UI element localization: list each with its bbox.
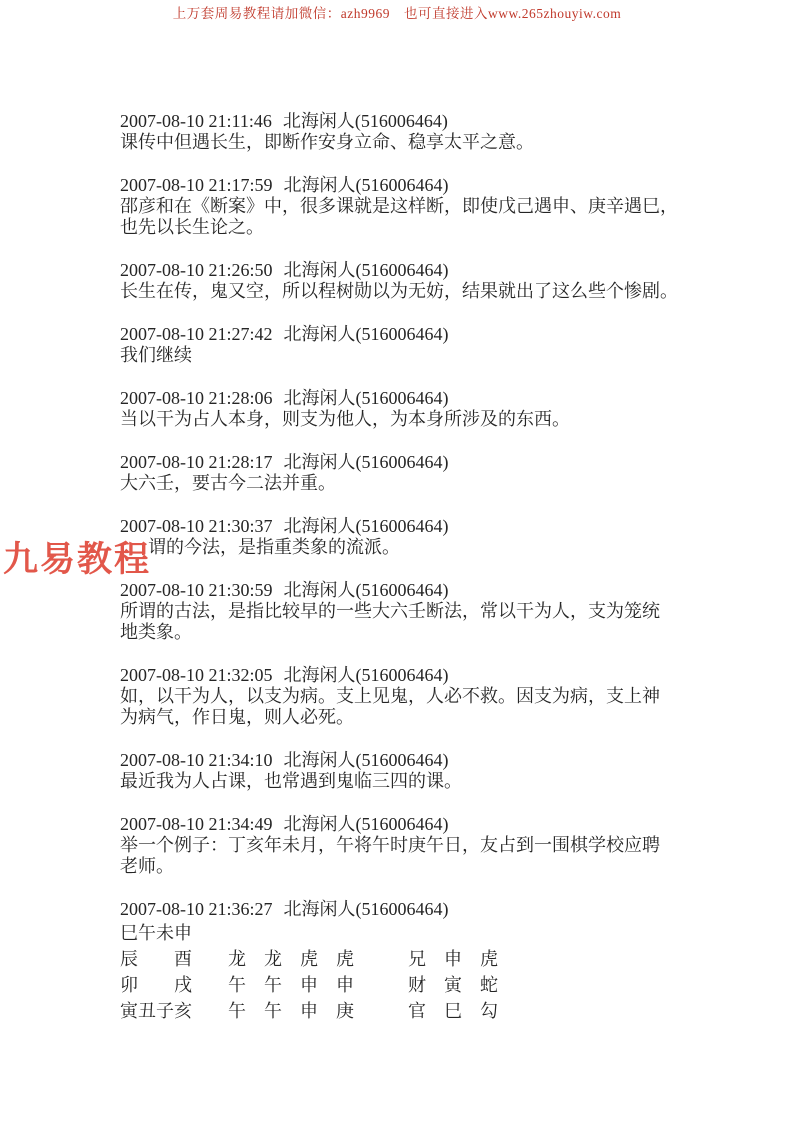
message: 2007-08-10 21:34:49北海闲人(516006464) 举一个例子… <box>120 814 705 877</box>
message-line-partially-covered: 谓的今法，是指重类象的流派。 <box>120 537 705 558</box>
message-author: 北海闲人(516006464) <box>284 260 449 280</box>
message-time: 2007-08-10 21:34:10 <box>120 750 273 770</box>
message: 2007-08-10 21:32:05北海闲人(516006464) 如，以干为… <box>120 665 705 728</box>
message: 2007-08-10 21:11:46北海闲人(516006464) 课传中但遇… <box>120 111 705 153</box>
message-line: 长生在传，鬼又空，所以程树勋以为无妨，结果就出了这么些个惨剧。 <box>120 281 705 302</box>
message-line: 老师。 <box>120 856 705 877</box>
message-time: 2007-08-10 21:30:59 <box>120 580 273 600</box>
message-line: 当以干为占人本身，则支为他人，为本身所涉及的东西。 <box>120 409 705 430</box>
promo-header-text: 上万套周易教程请加微信：azh9969 也可直接进入www.265zhouyiw… <box>0 5 794 22</box>
message: 2007-08-10 21:30:37北海闲人(516006464) 谓的今法，… <box>120 516 705 558</box>
message-time: 2007-08-10 21:11:46 <box>120 111 272 131</box>
message-header: 2007-08-10 21:30:37北海闲人(516006464) <box>120 516 705 537</box>
message-line: 也先以长生论之。 <box>120 217 705 238</box>
message-header: 2007-08-10 21:36:27北海闲人(516006464) <box>120 899 705 920</box>
message-line: 举一个例子：丁亥年未月，午将午时庚午日，友占到一围棋学校应聘 <box>120 835 705 856</box>
message-time: 2007-08-10 21:28:06 <box>120 388 273 408</box>
message-author: 北海闲人(516006464) <box>284 899 449 919</box>
message: 2007-08-10 21:27:42北海闲人(516006464) 我们继续 <box>120 324 705 366</box>
message: 2007-08-10 21:28:06北海闲人(516006464) 当以干为占… <box>120 388 705 430</box>
message-line: 大六壬，要古今二法并重。 <box>120 473 705 494</box>
liuren-chart-line: 寅丑子亥 午 午 申 庚 官 巳 勾 <box>120 998 705 1024</box>
message-time: 2007-08-10 21:32:05 <box>120 665 273 685</box>
message-time: 2007-08-10 21:17:59 <box>120 175 273 195</box>
message-header: 2007-08-10 21:27:42北海闲人(516006464) <box>120 324 705 345</box>
message-time: 2007-08-10 21:30:37 <box>120 516 273 536</box>
message: 2007-08-10 21:34:10北海闲人(516006464) 最近我为人… <box>120 750 705 792</box>
message-header: 2007-08-10 21:26:50北海闲人(516006464) <box>120 260 705 281</box>
message-author: 北海闲人(516006464) <box>284 580 449 600</box>
message: 2007-08-10 21:30:59北海闲人(516006464) 所谓的古法… <box>120 580 705 643</box>
chat-log: 2007-08-10 21:11:46北海闲人(516006464) 课传中但遇… <box>120 111 705 1046</box>
message-header: 2007-08-10 21:11:46北海闲人(516006464) <box>120 111 705 132</box>
liuren-chart-line: 巳午未申 <box>120 920 705 946</box>
message-time: 2007-08-10 21:36:27 <box>120 899 273 919</box>
message-line: 邵彦和在《断案》中，很多课就是这样断，即使戊己遇申、庚辛遇巳， <box>120 196 705 217</box>
message: 2007-08-10 21:17:59北海闲人(516006464) 邵彦和在《… <box>120 175 705 238</box>
message-line: 课传中但遇长生，即断作安身立命、稳享太平之意。 <box>120 132 705 153</box>
message-author: 北海闲人(516006464) <box>284 814 449 834</box>
message: 2007-08-10 21:28:17北海闲人(516006464) 大六壬，要… <box>120 452 705 494</box>
message-time: 2007-08-10 21:34:49 <box>120 814 273 834</box>
message-author: 北海闲人(516006464) <box>284 452 449 472</box>
message-author: 北海闲人(516006464) <box>284 175 449 195</box>
message-author: 北海闲人(516006464) <box>283 111 448 131</box>
message-time: 2007-08-10 21:26:50 <box>120 260 273 280</box>
liuren-chart-line: 辰 酉 龙 龙 虎 虎 兄 申 虎 <box>120 946 705 972</box>
message-author: 北海闲人(516006464) <box>284 388 449 408</box>
message-liuren-chart: 2007-08-10 21:36:27北海闲人(516006464) 巳午未申 … <box>120 899 705 1024</box>
message-header: 2007-08-10 21:28:06北海闲人(516006464) <box>120 388 705 409</box>
message-header: 2007-08-10 21:30:59北海闲人(516006464) <box>120 580 705 601</box>
message-author: 北海闲人(516006464) <box>284 665 449 685</box>
message-time: 2007-08-10 21:28:17 <box>120 452 273 472</box>
watermark-text: 九易教程 <box>3 542 151 577</box>
message-header: 2007-08-10 21:34:10北海闲人(516006464) <box>120 750 705 771</box>
message-line: 最近我为人占课，也常遇到鬼临三四的课。 <box>120 771 705 792</box>
message-line: 为病气，作日鬼，则人必死。 <box>120 707 705 728</box>
message-header: 2007-08-10 21:28:17北海闲人(516006464) <box>120 452 705 473</box>
message-line: 地类象。 <box>120 622 705 643</box>
message-line: 所谓的古法，是指比较早的一些大六壬断法，常以干为人，支为笼统 <box>120 601 705 622</box>
message-line: 如，以干为人，以支为病。支上见鬼，人必不救。因支为病，支上神 <box>120 686 705 707</box>
document-page: 上万套周易教程请加微信：azh9969 也可直接进入www.265zhouyiw… <box>0 0 794 1123</box>
message-author: 北海闲人(516006464) <box>284 516 449 536</box>
message-author: 北海闲人(516006464) <box>284 324 449 344</box>
liuren-chart-line: 卯 戌 午 午 申 申 财 寅 蛇 <box>120 972 705 998</box>
message-author: 北海闲人(516006464) <box>284 750 449 770</box>
message: 2007-08-10 21:26:50北海闲人(516006464) 长生在传，… <box>120 260 705 302</box>
message-time: 2007-08-10 21:27:42 <box>120 324 273 344</box>
message-header: 2007-08-10 21:32:05北海闲人(516006464) <box>120 665 705 686</box>
message-header: 2007-08-10 21:34:49北海闲人(516006464) <box>120 814 705 835</box>
message-line: 我们继续 <box>120 345 705 366</box>
message-header: 2007-08-10 21:17:59北海闲人(516006464) <box>120 175 705 196</box>
